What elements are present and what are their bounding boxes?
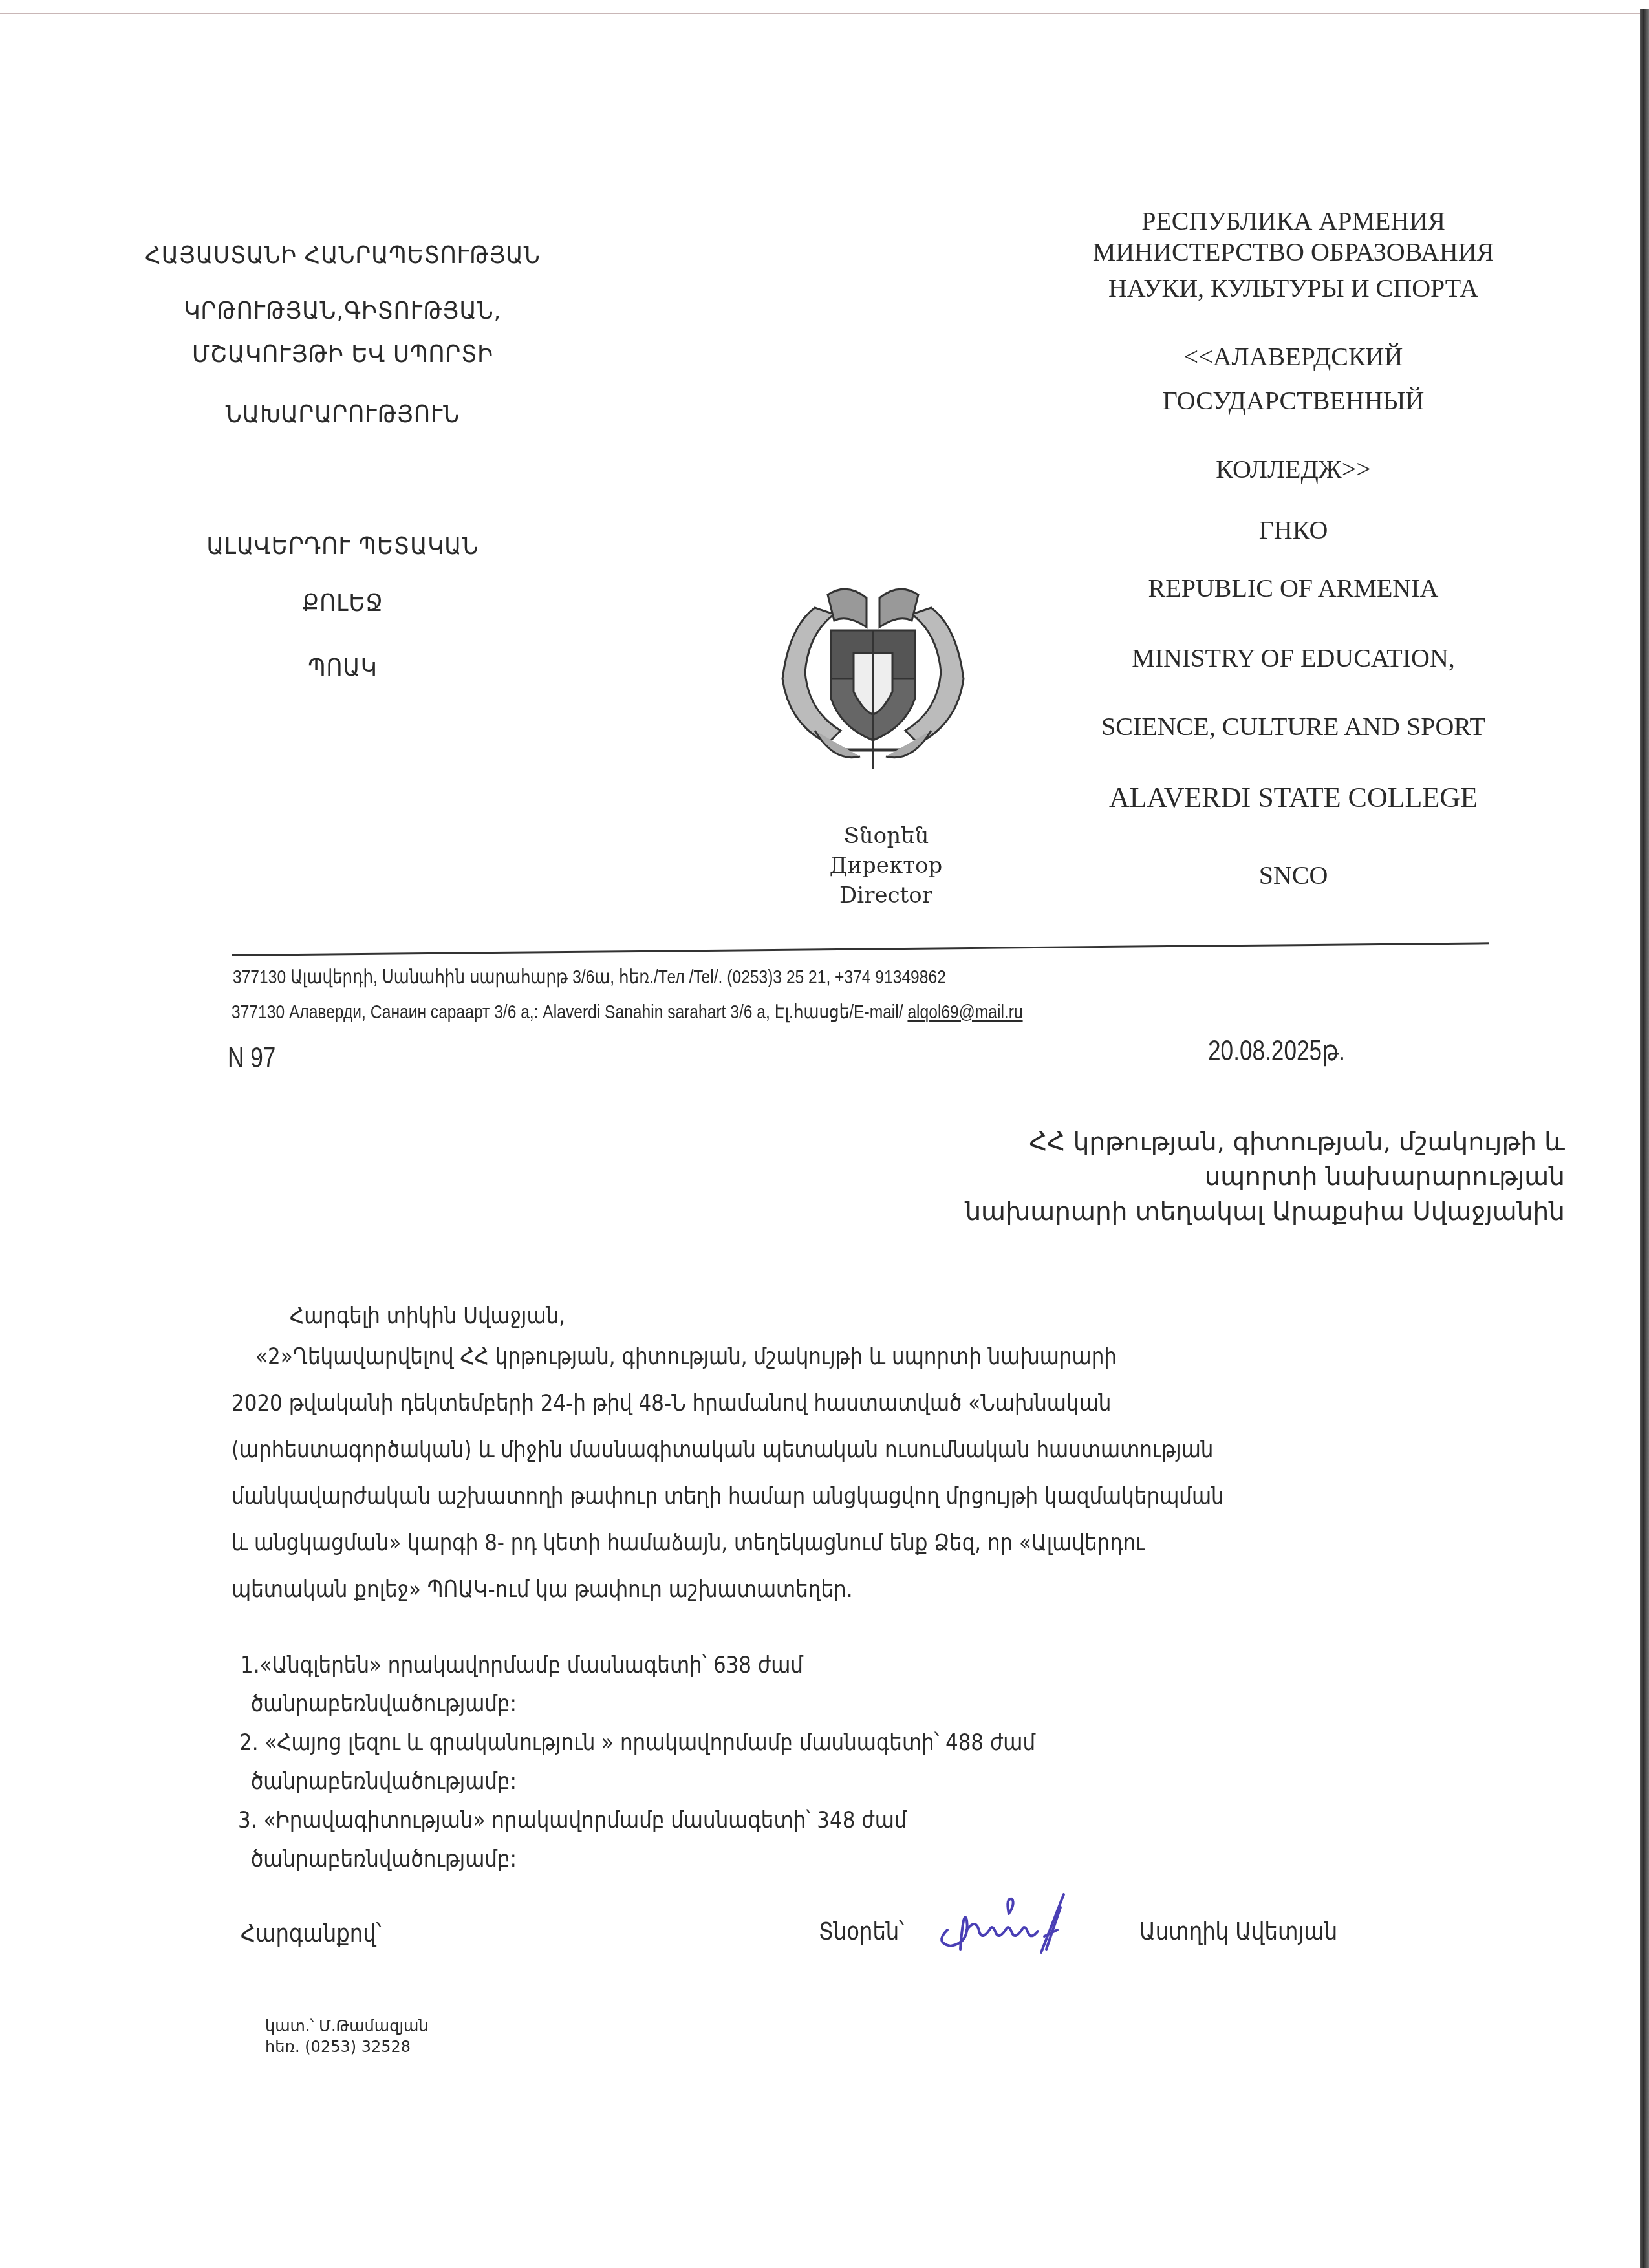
vacancy-item: 1.«Անգլերեն» որակավորմամբ մասնագետի՝ 638… [241, 1652, 803, 1678]
document-number: N 97 [228, 1042, 275, 1075]
college-name-line: ԱԼԱՎԵՐԴՈՒ ՊԵՏԱԿԱՆ [110, 531, 576, 560]
vacancy-item-continuation: ծանրաբեռնվածությամբ: [251, 1768, 517, 1795]
letterhead-line: ՀԱՅԱՍՏԱՆԻ ՀԱՆՐԱՊԵՏՈՒԹՅԱՆ [110, 241, 576, 269]
college-type-english: SNCO [1061, 860, 1526, 890]
letterhead-line: MINISTRY OF EDUCATION, [1061, 643, 1526, 673]
director-title-russian: Директор [795, 851, 976, 881]
signer-name: Աստղիկ Ավետյան [1139, 1917, 1337, 1945]
body-line: և անցկացման» կարգի 8- րդ կետի համաձայն, … [232, 1530, 1145, 1556]
letterhead-line: ГОСУДАРСТВЕННЫЙ [1061, 385, 1526, 416]
vacancy-item: 2. «Հայոց լեզու և գրականություն » որակավ… [239, 1729, 1035, 1756]
letterhead-line: КОЛЛЕДЖ>> [1061, 454, 1526, 484]
college-type-line: ՊՈԱԿ [110, 653, 576, 681]
letterhead-line: РЕСПУБЛИКА АРМЕНИЯ [1061, 206, 1526, 236]
letterhead-divider [232, 942, 1489, 956]
body-line: 2020 թվականի դեկտեմբերի 24-ի թիվ 48-Ն հր… [232, 1390, 1111, 1417]
signer-title: Տնօրեն՝ [819, 1917, 904, 1945]
body-line: մանկավարժական աշխատողի թափուր տեղի համար… [232, 1483, 1224, 1510]
closing-regards: Հարգանքով՝ [241, 1919, 381, 1947]
letterhead-line: МИНИСТЕРСТВО ОБРАЗОВАНИЯ [1061, 237, 1526, 267]
addressee-block: ՀՀ կրթության, գիտության, մշակույթի և սպո… [965, 1125, 1565, 1230]
salutation: Հարգելի տիկին Սվաջյան, [290, 1303, 565, 1329]
letterhead-line: НАУКИ, КУЛЬТУРЫ И СПОРТА [1061, 273, 1526, 303]
director-title-armenian: Տնօրեն [795, 821, 976, 851]
vacancy-item-continuation: ծանրաբեռնվածությամբ: [251, 1691, 517, 1717]
document-date: 20.08.2025թ. [1208, 1034, 1345, 1067]
body-line: «2»Ղեկավարվելով ՀՀ կրթության, գիտության,… [255, 1343, 1117, 1370]
vacancy-item-continuation: ծանրաբեռնվածությամբ: [251, 1846, 517, 1872]
director-title-block: Տնօրեն Директор Director [795, 821, 976, 910]
vacancy-item: 3. «Իրավագիտության» որակավորմամբ մասնագե… [238, 1807, 907, 1834]
letterhead-line: <<АЛАВЕРДСКИЙ [1061, 341, 1526, 372]
scan-top-line [0, 13, 1640, 14]
letterhead-line: REPUBLIC OF ARMENIA [1061, 573, 1526, 603]
executor-name: կատ.՝ Մ.Թամազյան [265, 2016, 428, 2037]
coat-of-arms-icon [770, 569, 976, 776]
addressee-line: նախարարի տեղակալ Արաքսիա Սվաջյանին [965, 1195, 1565, 1230]
contact-address: 377130 Алаверди, Санаин сараарт 3/6 а,: … [232, 1001, 907, 1023]
letterhead-line: ՆԱԽԱՐԱՐՈՒԹՅՈՒՆ [110, 400, 576, 428]
contact-line-armenian: 377130 Ալավերդի, Սանահին սարահարթ 3/6ա, … [233, 966, 946, 989]
letterhead-line: ԿՐԹՈՒԹՅԱՆ,ԳԻՏՈՒԹՅԱՆ, [110, 296, 576, 325]
college-name-line: ՔՈԼԵՋ [110, 588, 576, 617]
handwritten-signature-icon [931, 1891, 1080, 1962]
letterhead-line: SCIENCE, CULTURE AND SPORT [1061, 711, 1526, 742]
addressee-line: ՀՀ կրթության, գիտության, մշակույթի և [965, 1125, 1565, 1160]
director-title-english: Director [795, 881, 976, 910]
executor-note: կատ.՝ Մ.Թամազյան հեռ. (0253) 32528 [265, 2016, 428, 2057]
body-line: (արհեստագործական) և միջին մասնագիտական պ… [232, 1437, 1213, 1463]
email-link[interactable]: alqol69@mail.ru [907, 1001, 1022, 1023]
contact-line-russian-english: 377130 Алаверди, Санаин сараарт 3/6 а,: … [232, 1001, 1023, 1023]
college-name-english: ALAVERDI STATE COLLEGE [1061, 781, 1526, 814]
executor-phone: հեռ. (0253) 32528 [265, 2037, 428, 2057]
scan-border [1640, 9, 1649, 2268]
letterhead-line: ГНКО [1061, 515, 1526, 545]
addressee-line: սպորտի նախարարության [965, 1160, 1565, 1195]
body-line: պետական քոլեջ» ՊՈԱԿ-ում կա թափուր աշխատա… [232, 1576, 853, 1603]
letterhead-line: ՄՇԱԿՈՒՅԹԻ ԵՎ ՍՊՈՐՏԻ [110, 339, 576, 368]
